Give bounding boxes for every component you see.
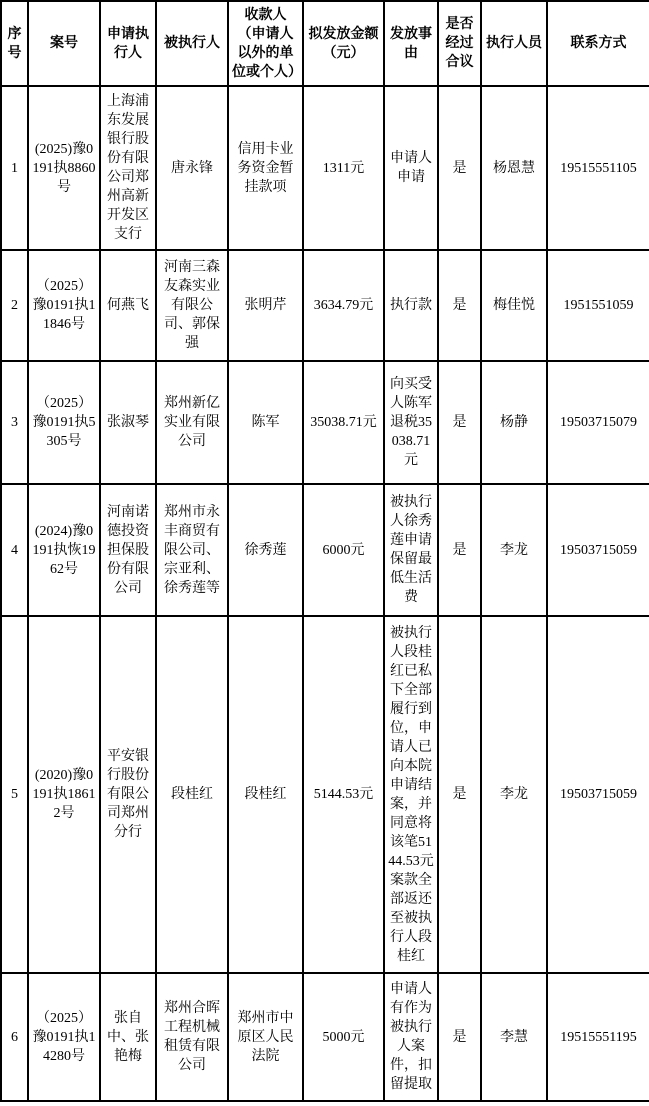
cell-amount: 5144.53元 — [303, 616, 384, 973]
cell-applicant: 何燕飞 — [100, 250, 156, 361]
cell-deliberated: 是 — [438, 484, 481, 616]
page: 序号 案号 申请执行人 被执行人 收款人（申请人以外的单位或个人） 拟发放金额（… — [0, 0, 649, 1106]
cell-payee: 张明芹 — [228, 250, 303, 361]
cell-executee: 郑州市永丰商贸有限公司、宗亚利、徐秀莲等 — [156, 484, 228, 616]
cell-officer: 梅佳悦 — [481, 250, 547, 361]
cell-contact: 19503715059 — [547, 484, 649, 616]
table-row: 2（2025）豫0191执11846号何燕飞河南三森友森实业有限公司、郭保强张明… — [1, 250, 649, 361]
cell-applicant: 上海浦东发展银行股份有限公司郑州高新开发区支行 — [100, 86, 156, 250]
cell-officer: 杨恩慧 — [481, 86, 547, 250]
cell-reason: 向买受人陈军退税35038.71元 — [384, 361, 438, 484]
cell-amount: 6000元 — [303, 484, 384, 616]
cell-payee: 信用卡业务资金暂挂款项 — [228, 86, 303, 250]
cell-deliberated: 是 — [438, 250, 481, 361]
table-header: 序号 案号 申请执行人 被执行人 收款人（申请人以外的单位或个人） 拟发放金额（… — [1, 1, 649, 86]
table-row: 4(2024)豫0191执恢1962号河南诺德投资担保股份有限公司郑州市永丰商贸… — [1, 484, 649, 616]
col-header-deliberated: 是否经过合议 — [438, 1, 481, 86]
cell-payee: 段桂红 — [228, 616, 303, 973]
cell-executee: 段桂红 — [156, 616, 228, 973]
cell-payee: 陈军 — [228, 361, 303, 484]
table-row: 5(2020)豫0191执18612号平安银行股份有限公司郑州分行段桂红段桂红5… — [1, 616, 649, 973]
header-row: 序号 案号 申请执行人 被执行人 收款人（申请人以外的单位或个人） 拟发放金额（… — [1, 1, 649, 86]
cell-seq: 5 — [1, 616, 28, 973]
col-header-payee: 收款人（申请人以外的单位或个人） — [228, 1, 303, 86]
cell-applicant: 平安银行股份有限公司郑州分行 — [100, 616, 156, 973]
cell-reason: 申请人申请 — [384, 86, 438, 250]
cell-amount: 5000元 — [303, 973, 384, 1101]
cell-case-number: （2025）豫0191执11846号 — [28, 250, 100, 361]
cell-executee: 郑州新亿实业有限公司 — [156, 361, 228, 484]
table-row: 1(2025)豫0191执8860号上海浦东发展银行股份有限公司郑州高新开发区支… — [1, 86, 649, 250]
table-row: 6（2025）豫0191执14280号张自中、张艳梅郑州合晖工程机械租赁有限公司… — [1, 973, 649, 1101]
cell-deliberated: 是 — [438, 86, 481, 250]
cell-officer: 李龙 — [481, 616, 547, 973]
cell-deliberated: 是 — [438, 361, 481, 484]
cell-applicant: 张淑琴 — [100, 361, 156, 484]
cell-case-number: （2025）豫0191执14280号 — [28, 973, 100, 1101]
cell-contact: 19503715059 — [547, 616, 649, 973]
cell-case-number: (2025)豫0191执8860号 — [28, 86, 100, 250]
table-row: 3（2025）豫0191执5305号张淑琴郑州新亿实业有限公司陈军35038.7… — [1, 361, 649, 484]
cell-amount: 3634.79元 — [303, 250, 384, 361]
cell-reason: 被执行人徐秀莲申请保留最低生活费 — [384, 484, 438, 616]
cell-amount: 35038.71元 — [303, 361, 384, 484]
col-header-seq: 序号 — [1, 1, 28, 86]
cell-applicant: 张自中、张艳梅 — [100, 973, 156, 1101]
cell-seq: 6 — [1, 973, 28, 1101]
col-header-officer: 执行人员 — [481, 1, 547, 86]
cell-contact: 19515551195 — [547, 973, 649, 1101]
cell-case-number: （2025）豫0191执5305号 — [28, 361, 100, 484]
col-header-executee: 被执行人 — [156, 1, 228, 86]
cell-seq: 2 — [1, 250, 28, 361]
cell-amount: 1311元 — [303, 86, 384, 250]
cell-seq: 1 — [1, 86, 28, 250]
table-body: 1(2025)豫0191执8860号上海浦东发展银行股份有限公司郑州高新开发区支… — [1, 86, 649, 1101]
col-header-applicant: 申请执行人 — [100, 1, 156, 86]
cell-payee: 徐秀莲 — [228, 484, 303, 616]
cell-executee: 河南三森友森实业有限公司、郭保强 — [156, 250, 228, 361]
cell-executee: 唐永锋 — [156, 86, 228, 250]
payment-disbursement-table: 序号 案号 申请执行人 被执行人 收款人（申请人以外的单位或个人） 拟发放金额（… — [0, 0, 649, 1102]
cell-reason: 执行款 — [384, 250, 438, 361]
cell-contact: 19503715079 — [547, 361, 649, 484]
cell-officer: 李慧 — [481, 973, 547, 1101]
col-header-contact: 联系方式 — [547, 1, 649, 86]
cell-seq: 3 — [1, 361, 28, 484]
col-header-reason: 发放事由 — [384, 1, 438, 86]
cell-contact: 1951551059 — [547, 250, 649, 361]
cell-contact: 19515551105 — [547, 86, 649, 250]
cell-reason: 被执行人段桂红已私下全部履行到位，申请人已向本院申请结案，并同意将该笔5144.… — [384, 616, 438, 973]
col-header-amount: 拟发放金额（元） — [303, 1, 384, 86]
cell-officer: 杨静 — [481, 361, 547, 484]
cell-applicant: 河南诺德投资担保股份有限公司 — [100, 484, 156, 616]
cell-executee: 郑州合晖工程机械租赁有限公司 — [156, 973, 228, 1101]
cell-case-number: (2020)豫0191执18612号 — [28, 616, 100, 973]
cell-case-number: (2024)豫0191执恢1962号 — [28, 484, 100, 616]
cell-reason: 申请人有作为被执行人案件，扣留提取 — [384, 973, 438, 1101]
col-header-case-number: 案号 — [28, 1, 100, 86]
cell-deliberated: 是 — [438, 616, 481, 973]
cell-deliberated: 是 — [438, 973, 481, 1101]
cell-officer: 李龙 — [481, 484, 547, 616]
cell-seq: 4 — [1, 484, 28, 616]
cell-payee: 郑州市中原区人民法院 — [228, 973, 303, 1101]
